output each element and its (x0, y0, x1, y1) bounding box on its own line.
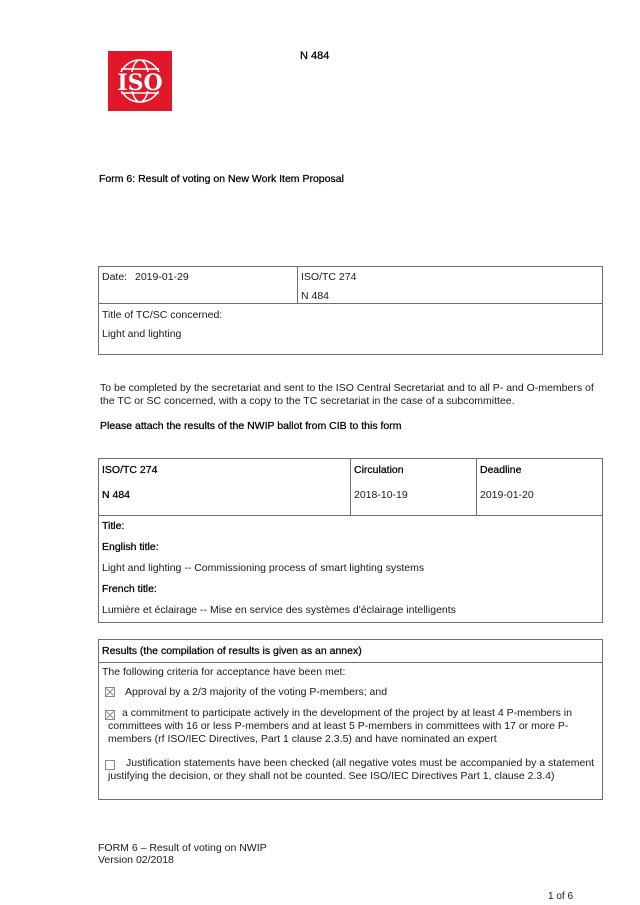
attach-note: Please attach the results of the NWIP ba… (100, 420, 402, 432)
circulation-label: Circulation (354, 464, 404, 476)
criterion-text-approval: Approval by a 2/3 majority of the voting… (125, 686, 387, 698)
ballot-doc-number: N 484 (102, 489, 130, 501)
info-table: Date: 2019-01-29 ISO/TC 274 N 484 Title … (98, 266, 603, 355)
criterion-checkbox-approval[interactable] (105, 687, 115, 697)
ballot-committee: ISO/TC 274 (102, 464, 157, 476)
document-number: N 484 (300, 50, 329, 62)
criterion-text-justification: Justification statements have been check… (108, 757, 596, 783)
committee: ISO/TC 274 (301, 271, 356, 283)
check-x-icon (106, 688, 114, 696)
date-label: Date: (102, 271, 127, 283)
svg-text:ISO: ISO (117, 70, 162, 96)
footer-version: Version 02/2018 (98, 854, 267, 866)
english-title-label: English title: (102, 541, 159, 553)
tc-title-value: Light and lighting (102, 328, 181, 340)
footer: FORM 6 – Result of voting on NWIP Versio… (98, 842, 267, 866)
title-label: Title: (102, 520, 124, 532)
globe-icon: ISO (108, 51, 172, 111)
french-title: Lumière et éclairage -- Mise en service … (102, 604, 456, 616)
results-table: Results (the compilation of results is g… (98, 639, 603, 800)
doc-number: N 484 (301, 290, 329, 302)
results-header: Results (the compilation of results is g… (102, 645, 362, 657)
deadline-label: Deadline (480, 464, 521, 476)
deadline-date: 2019-01-20 (480, 489, 534, 501)
english-title: Light and lighting -- Commissioning proc… (102, 562, 424, 574)
criteria-intro: The following criteria for acceptance ha… (102, 666, 345, 678)
form-title: Form 6: Result of voting on New Work Ite… (99, 173, 344, 185)
page-number: 1 of 6 (548, 891, 573, 902)
tc-title-label: Title of TC/SC concerned: (102, 309, 222, 321)
criterion-text-commitment: a commitment to participate actively in … (108, 707, 596, 746)
iso-logo: ISO (108, 51, 172, 111)
french-title-label: French title: (102, 583, 157, 595)
date-value: 2019-01-29 (135, 271, 189, 283)
footer-form-name: FORM 6 – Result of voting on NWIP (98, 842, 267, 854)
ballot-table: ISO/TC 274 N 484 Circulation 2018-10-19 … (98, 458, 603, 623)
instructions-text: To be completed by the secretariat and s… (100, 382, 605, 408)
circulation-date: 2018-10-19 (354, 489, 408, 501)
